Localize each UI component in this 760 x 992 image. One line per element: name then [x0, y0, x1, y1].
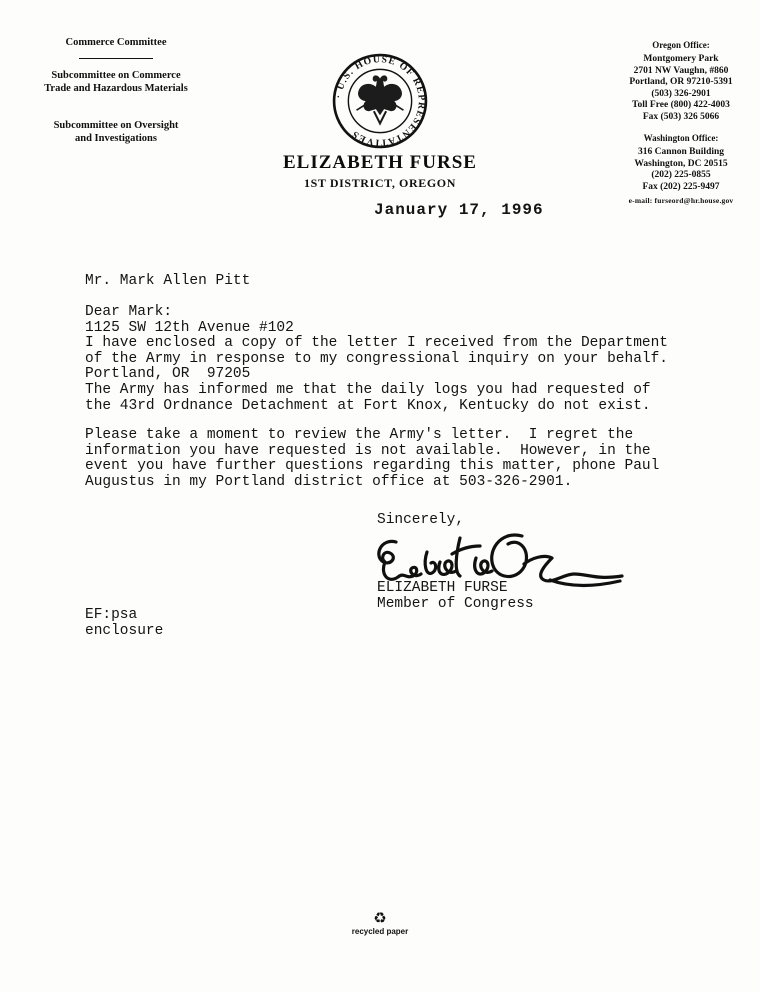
reference-enclosure: EF:psa enclosure — [85, 608, 163, 639]
office-line: Toll Free (800) 422-4003 — [606, 100, 756, 112]
recycled-paper-label: recycled paper — [0, 927, 760, 936]
committee-divider — [79, 58, 153, 59]
footer: ♻ recycled paper — [0, 910, 760, 936]
subcommittee-1-line1: Subcommittee on Commerce — [28, 69, 204, 82]
recipient-street: 1125 SW 12th Avenue #102 — [85, 321, 294, 337]
letter-page: Commerce Committee Subcommittee on Comme… — [0, 0, 760, 992]
member-name: ELIZABETH FURSE — [255, 152, 505, 174]
body-paragraph-3: Please take a moment to review the Army'… — [85, 428, 659, 490]
committee-main: Commerce Committee — [28, 36, 204, 49]
letter-date: January 17, 1996 — [374, 201, 544, 219]
subcommittee-2-line2: and Investigations — [28, 132, 204, 145]
office-addresses: Oregon Office: Montgomery Park 2701 NW V… — [606, 40, 756, 215]
body-paragraph-2: The Army has informed me that the daily … — [85, 383, 651, 414]
eagle-icon — [357, 75, 404, 123]
oregon-office: Oregon Office: Montgomery Park 2701 NW V… — [606, 40, 756, 123]
committee-list: Commerce Committee Subcommittee on Comme… — [28, 36, 204, 145]
office-line: Fax (503) 326 5066 — [606, 112, 756, 124]
office-email: e-mail: furseord@hr.house.gov — [606, 196, 756, 205]
washington-office: Washington Office: 316 Cannon Building W… — [606, 133, 756, 205]
us-house-seal-icon: · U.S. HOUSE OF REPRESENTATIVES — [331, 52, 429, 150]
office-line: Montgomery Park — [606, 54, 756, 66]
recipient-name: Mr. Mark Allen Pitt — [85, 274, 294, 290]
oregon-office-title: Oregon Office: — [606, 40, 756, 50]
office-line: Portland, OR 97210-5391 — [606, 77, 756, 89]
body-paragraph-1: I have enclosed a copy of the letter I r… — [85, 336, 668, 367]
washington-office-title: Washington Office: — [606, 133, 756, 143]
office-line: 316 Cannon Building — [606, 147, 756, 159]
office-line: 2701 NW Vaughn, #860 — [606, 66, 756, 78]
signed-name-title: ELIZABETH FURSE Member of Congress — [377, 581, 534, 612]
recycle-icon: ♻ — [0, 910, 760, 926]
salutation: Dear Mark: — [85, 305, 172, 321]
district-line: 1ST DISTRICT, OREGON — [255, 176, 505, 191]
office-line: Fax (202) 225-9497 — [606, 182, 756, 194]
subcommittee-1-line2: Trade and Hazardous Materials — [28, 82, 204, 95]
recipient-city: Portland, OR 97205 — [85, 367, 294, 383]
office-line: Washington, DC 20515 — [606, 159, 756, 171]
office-line: (202) 225-0855 — [606, 170, 756, 182]
office-line: (503) 326-2901 — [606, 89, 756, 101]
subcommittee-2-line1: Subcommittee on Oversight — [28, 119, 204, 132]
